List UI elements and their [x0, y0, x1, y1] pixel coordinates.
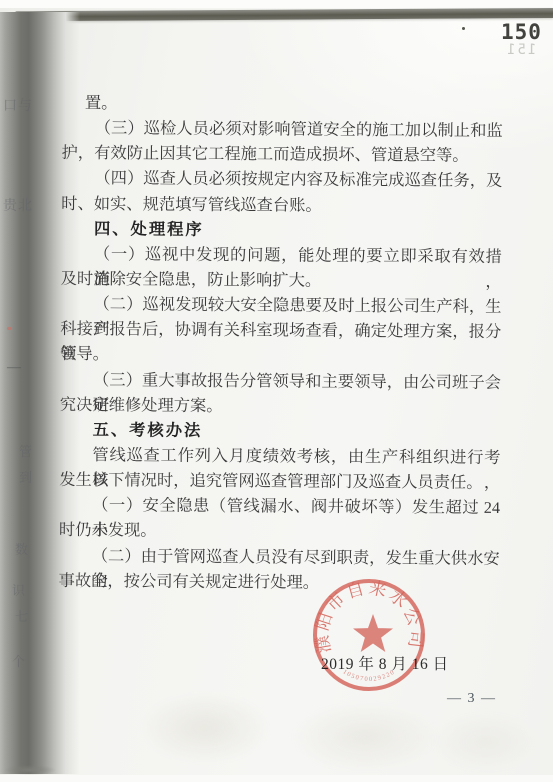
paper-smudge	[290, 702, 440, 772]
scanned-document-page: 150 151 口与 贵北 管 到 数 识 七 个 — 置。 （三）巡检人员必须…	[0, 0, 553, 782]
red-speck	[7, 327, 12, 330]
document-body: 置。 （三）巡检人员必须对影响管道安全的施工加以制止和监 护，有效防止因其它工程…	[58, 90, 502, 596]
text-line: （三）巡检人员必须对影响管道安全的施工加以制止和监	[62, 115, 503, 143]
text-line: （三）重大事故报告分管领导和主要领导，由公司班子会研	[60, 366, 501, 394]
text-line: 置。	[62, 90, 503, 118]
section-heading: 五、考核办法	[60, 417, 501, 445]
margin-bleed-text: 管	[19, 441, 33, 460]
text-line: （二）由于管网巡查人员没有尽到职责，发生重大供水安全	[59, 542, 500, 570]
text-line: （一）巡视中发现的问题，能处理的要立即采取有效措施，	[61, 241, 502, 269]
folio-number-ghost: 151	[505, 42, 536, 58]
text-line: 究决定维修处理方案。	[60, 392, 501, 420]
text-line: （四）巡查人员必须按规定内容及标准完成巡查任务，及	[61, 165, 502, 193]
text-line: （一）安全隐患（管线漏水、阀井破坏等）发生超过 24 小	[59, 492, 500, 520]
margin-dash: —	[7, 360, 22, 376]
page-number: — 3 —	[447, 691, 497, 707]
text-line: 护，有效防止因其它工程施工而造成损坏、管道悬空等。	[61, 140, 502, 168]
text-line: 科接到报告后，协调有关科室现场查看，确定处理方案，报分管	[60, 316, 501, 344]
margin-bleed-text: 贵北	[3, 195, 33, 215]
margin-bleed-text: 口与	[3, 95, 33, 115]
scan-top-margin	[0, 0, 553, 8]
margin-bleed-text: 识	[12, 580, 26, 599]
scan-top-edge-shadow	[15, 8, 553, 21]
text-line: 事故的，按公司有关规定进行处理。	[58, 568, 499, 596]
text-line: 发生以下情况时，追究管网巡查管理部门及巡查人员责任。	[59, 467, 500, 495]
seal-serial-number: 105070029220	[342, 668, 397, 683]
text-line: 管线巡查工作列入月度绩效考核，由生产科组织进行考核，	[59, 442, 500, 470]
text-line: 时、如实、规范填写管线巡查台账。	[61, 190, 502, 218]
ink-speck	[462, 27, 465, 30]
corner-smudge	[4, 765, 56, 775]
text-line: 时仍未发现。	[59, 517, 500, 545]
section-heading: 四、处理程序	[61, 216, 502, 244]
margin-bleed-text: 七	[15, 606, 29, 625]
text-line: 领导。	[60, 341, 501, 369]
paper-smudge	[430, 712, 540, 772]
scan-bottom-margin	[0, 775, 553, 782]
text-line: （二）巡视发现较大安全隐患要及时上报公司生产科，生产	[60, 291, 501, 319]
margin-bleed-text: 个	[12, 651, 26, 670]
folio-number: 150	[501, 20, 542, 44]
margin-bleed-text: 到	[19, 467, 33, 486]
margin-bleed-text: 数	[15, 539, 29, 558]
company-seal: 濮阳市自来水公司 105070029220	[308, 574, 430, 696]
star-icon	[353, 614, 393, 652]
paper-smudge	[140, 692, 270, 764]
